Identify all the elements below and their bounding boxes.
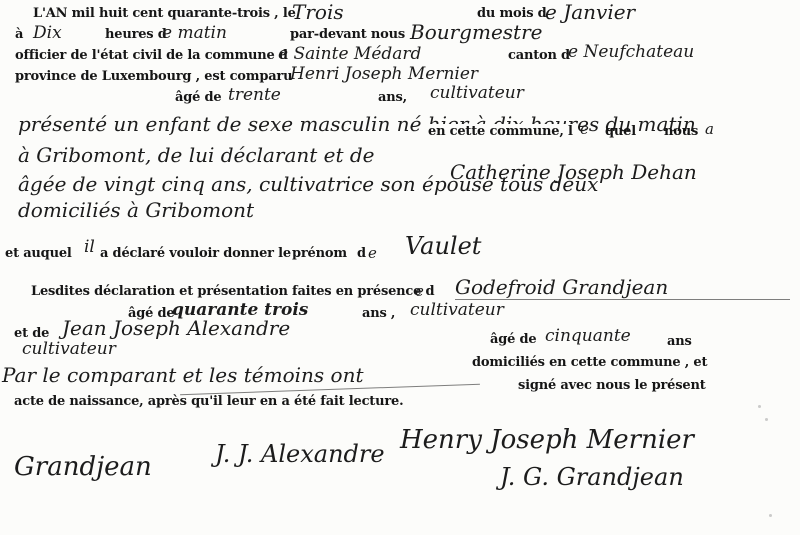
printed-lesdites: Lesdites déclaration et présentation fai… bbox=[31, 284, 434, 299]
handwritten-time-of-day: e matin bbox=[162, 23, 227, 43]
printed-year-line: L'AN mil huit cent quarante-trois , le bbox=[33, 6, 296, 21]
handwritten-witness2: Jean Joseph Alexandre bbox=[62, 316, 290, 340]
handwritten-prenom-prefix: e bbox=[368, 244, 377, 262]
signature-mernier: Henry Joseph Mernier bbox=[400, 425, 694, 455]
printed-witness2-age-de: âgé de bbox=[490, 332, 536, 347]
handwritten-comparant-line: Par le comparant et les témoins ont bbox=[2, 363, 364, 387]
handwritten-line-domicilies: domiciliés à Gribomont bbox=[18, 198, 254, 222]
printed-heures: heures d bbox=[105, 27, 167, 42]
printed-par-devant: par-devant nous bbox=[290, 27, 405, 42]
paper-speck bbox=[769, 514, 772, 517]
printed-officier: officier de l'état civil de la commune d bbox=[15, 48, 288, 63]
printed-signe-avec-nous: signé avec nous le présent bbox=[518, 378, 706, 393]
printed-a: à bbox=[15, 27, 23, 42]
flourish-line bbox=[455, 299, 790, 300]
handwritten-line-agee: âgée de vingt cinq ans, cultivatrice son… bbox=[18, 172, 598, 196]
printed-witness1-ans: ans , bbox=[362, 306, 395, 321]
birth-certificate-page: L'AN mil huit cent quarante-trois , le T… bbox=[0, 0, 800, 535]
handwritten-witness2-profession: cultivateur bbox=[22, 339, 116, 359]
handwritten-commune: e Sainte Médard bbox=[278, 44, 421, 64]
printed-et-auquel: et auquel bbox=[5, 246, 72, 261]
printed-ans: ans, bbox=[378, 90, 407, 105]
signature-j-g-grandjean: J. G. Grandjean bbox=[500, 463, 684, 491]
handwritten-profession: cultivateur bbox=[430, 83, 524, 103]
handwritten-line-presente: présenté un enfant de sexe masculin né h… bbox=[18, 112, 696, 136]
handwritten-month: e Janvier bbox=[545, 0, 635, 24]
printed-domicilies: domiciliés en cette commune , et bbox=[472, 355, 707, 370]
printed-quel: quel bbox=[605, 124, 636, 139]
handwritten-il: il bbox=[84, 237, 95, 257]
handwritten-line-gribomont: à Gribomont, de lui déclarant et de bbox=[18, 143, 375, 167]
paper-speck bbox=[758, 405, 761, 408]
handwritten-day: Trois bbox=[292, 0, 344, 24]
printed-prenom-d: d bbox=[357, 246, 366, 261]
handwritten-declarant: Henri Joseph Mernier bbox=[290, 64, 478, 84]
signature-alexandre: J. J. Alexandre bbox=[215, 440, 385, 468]
printed-month-label: du mois d bbox=[477, 6, 547, 21]
handwritten-canton: e Neufchateau bbox=[568, 42, 694, 62]
handwritten-witness1: Godefroid Grandjean bbox=[455, 275, 668, 299]
paper-speck bbox=[765, 418, 768, 421]
handwritten-nous-a: a bbox=[705, 120, 714, 138]
printed-acte-de-naissance: acte de naissance, après qu'il leur en a… bbox=[14, 394, 403, 409]
handwritten-witness1-profession: cultivateur bbox=[410, 300, 504, 320]
printed-province: province de Luxembourg , est comparu bbox=[15, 69, 292, 84]
printed-prenom: prénom bbox=[292, 246, 347, 261]
handwritten-le: e bbox=[580, 120, 589, 138]
printed-age-de: âgé de bbox=[175, 90, 221, 105]
printed-declare-vouloir: a déclaré vouloir donner le bbox=[100, 246, 291, 261]
handwritten-first-name: Vaulet bbox=[405, 232, 481, 260]
handwritten-hour: Dix bbox=[33, 23, 62, 43]
handwritten-witness1-prefix: e bbox=[415, 282, 424, 300]
signature-grandjean: Grandjean bbox=[14, 452, 152, 482]
printed-en-cette-commune: en cette commune, l bbox=[428, 124, 577, 139]
handwritten-declarant-age: trente bbox=[228, 85, 281, 105]
printed-nous: nous bbox=[664, 124, 698, 139]
handwritten-official: Bourgmestre bbox=[410, 20, 542, 44]
printed-witness2-ans: ans bbox=[667, 334, 692, 349]
printed-canton: canton d bbox=[508, 48, 570, 63]
handwritten-witness2-age: cinquante bbox=[545, 326, 631, 346]
